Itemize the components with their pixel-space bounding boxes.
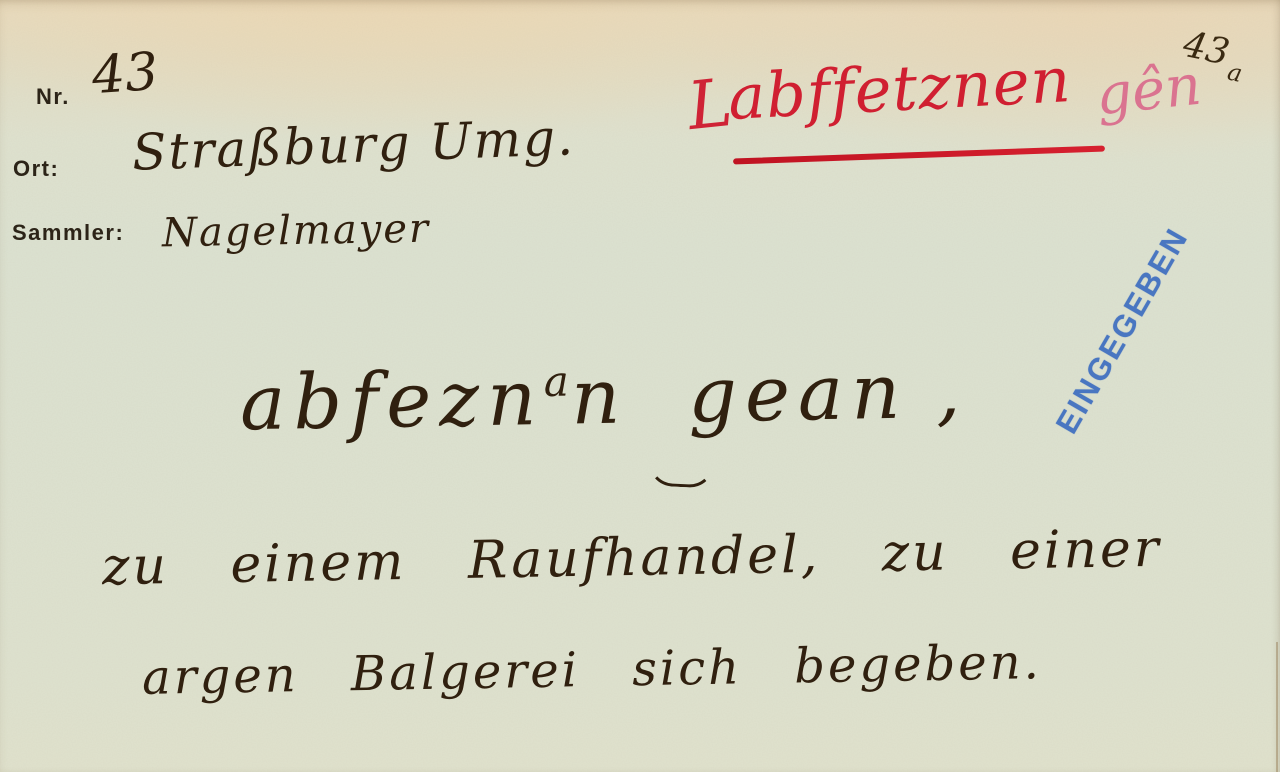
index-card: Nr. Ort: Sammler: 43 Straßburg Umg. Nage…	[0, 0, 1280, 772]
gean-underarc	[647, 460, 714, 488]
sammler-label: Sammler:	[12, 220, 124, 246]
corner-number-digits: 43	[1180, 24, 1233, 74]
body-line-2: zu einem Raufhandel, zu einer	[102, 519, 1163, 597]
body-word-abfeznan: abfeznan	[239, 352, 629, 448]
superscript-a: a	[543, 357, 571, 406]
red-headword: abffetznen	[726, 43, 1073, 134]
body-comma: ,	[935, 346, 961, 435]
red-underline	[733, 146, 1105, 165]
nr-label: Nr.	[36, 84, 70, 110]
body-line-3: argen Balgerei sich begeben.	[142, 634, 1043, 706]
body-word-gean: gean	[687, 347, 908, 440]
ort-label: Ort:	[13, 156, 59, 182]
sammler-value: Nagelmayer	[162, 206, 431, 257]
nr-value: 43	[90, 42, 160, 106]
body-line-1: abfeznan gean,	[239, 346, 961, 448]
corner-number-letter: a	[1225, 58, 1245, 88]
paper-edge-line	[1276, 642, 1278, 772]
ort-value: Straßburg Umg.	[131, 108, 576, 181]
eingegeben-stamp: EINGEGEBEN	[1049, 240, 1185, 440]
